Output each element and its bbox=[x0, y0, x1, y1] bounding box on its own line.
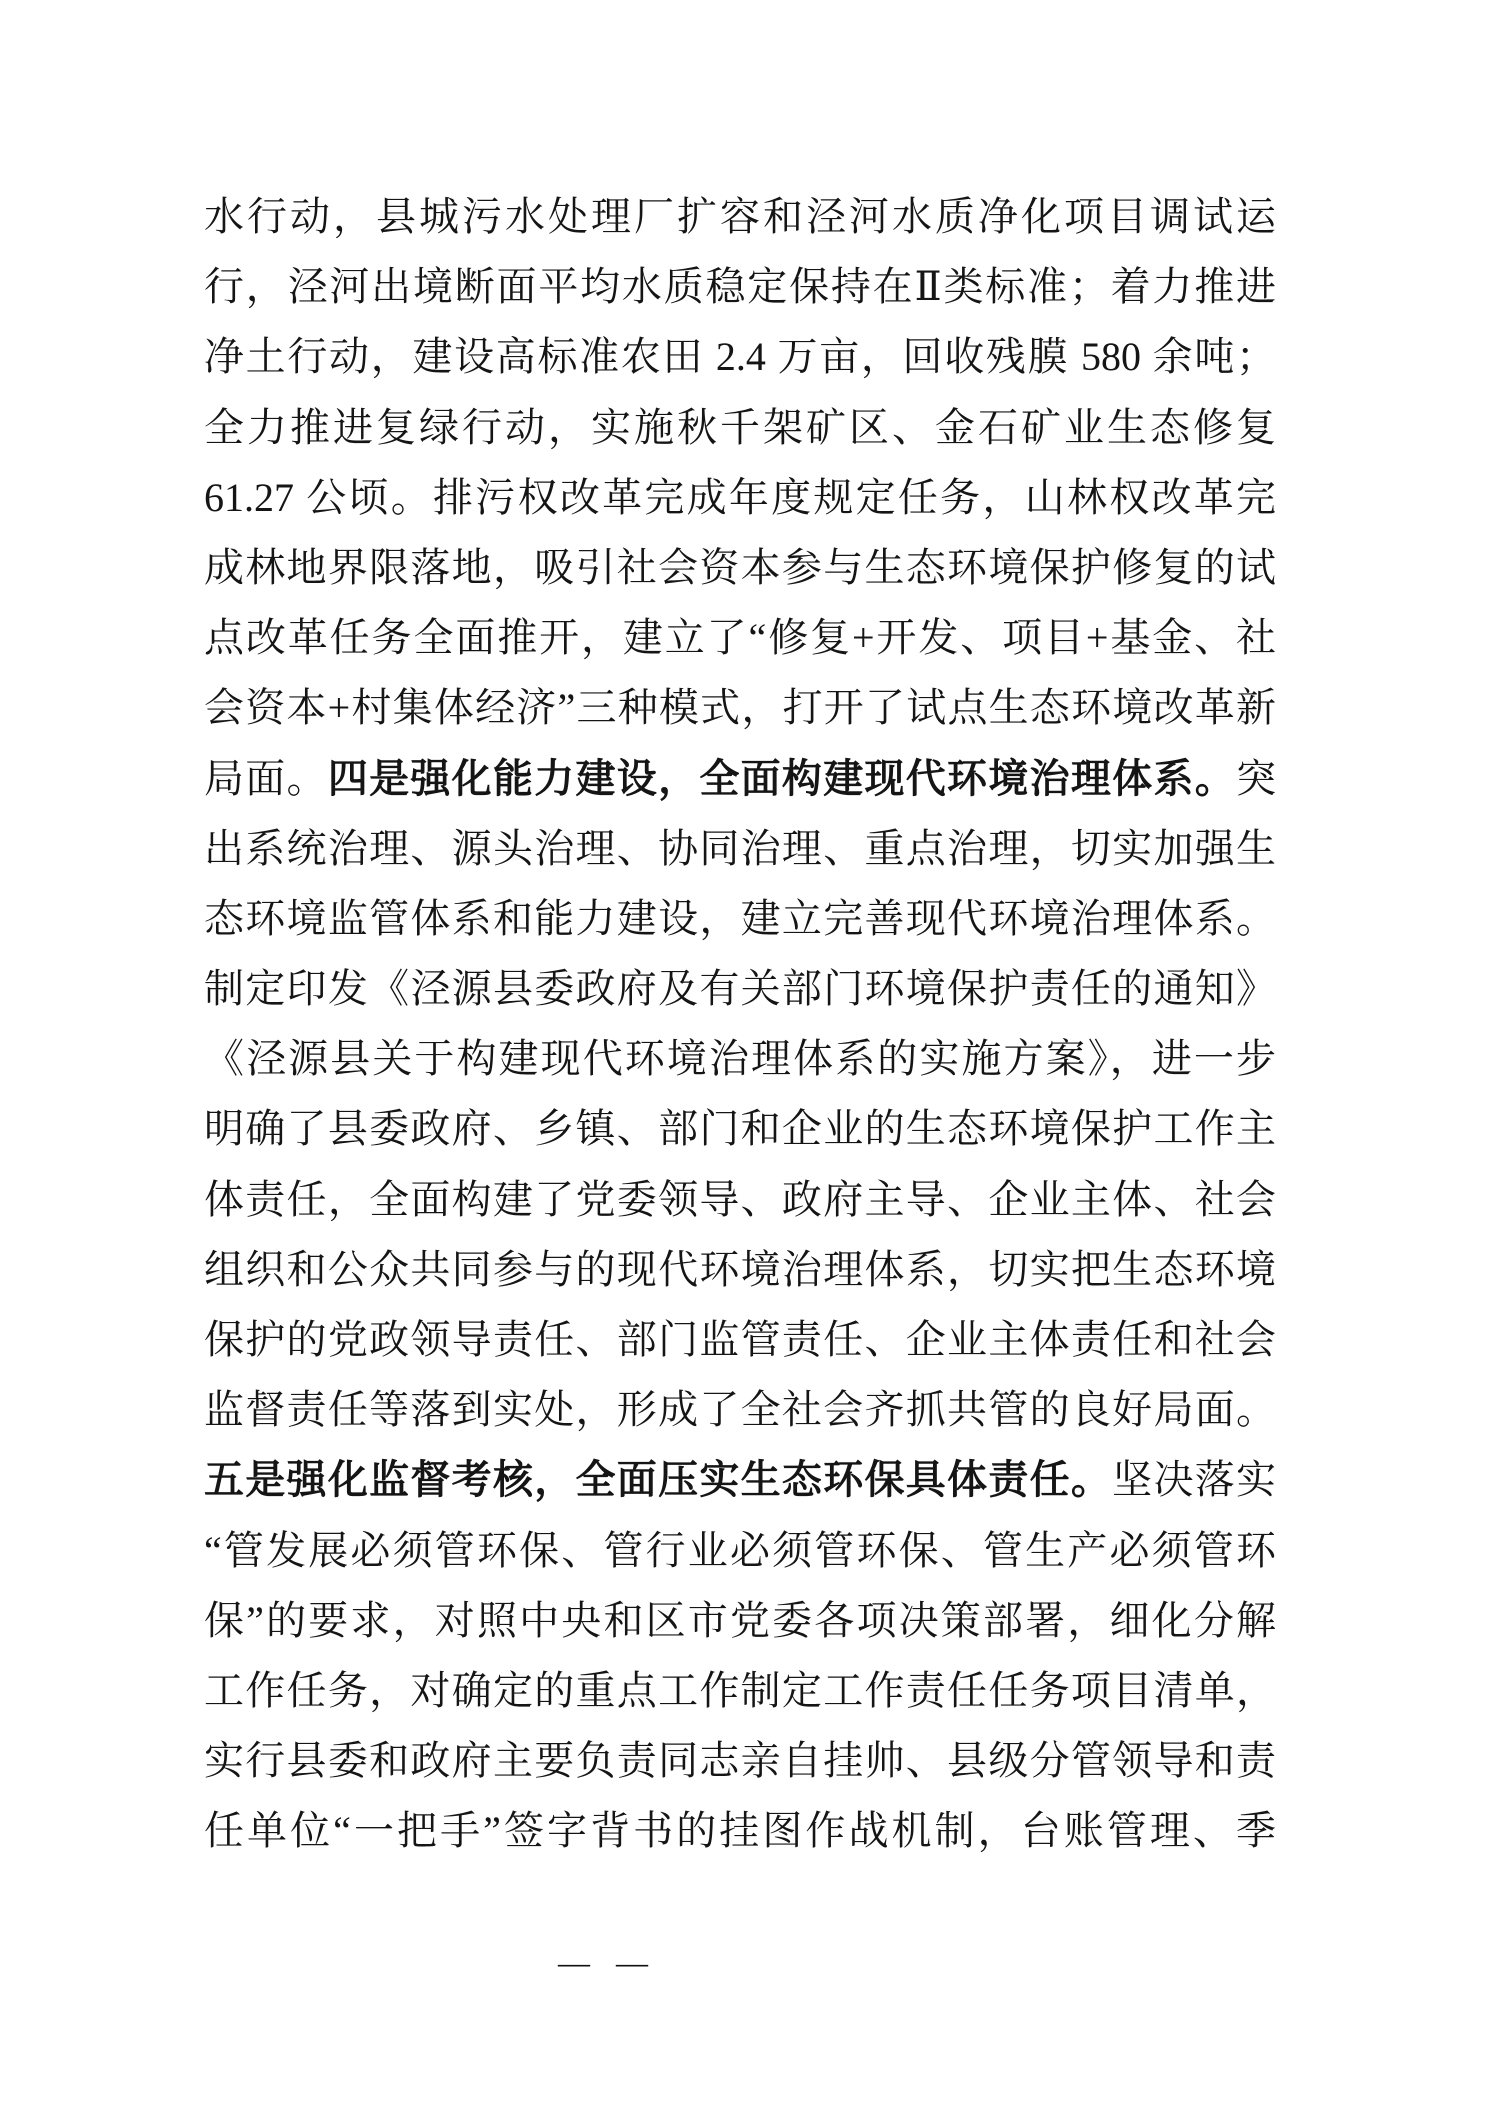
text-line: 水行动，县城污水处理厂扩容和泾河水质净化项目调试运 bbox=[204, 182, 1276, 252]
page-number-marker: — — bbox=[558, 1944, 657, 1981]
document-page: 水行动，县城污水处理厂扩容和泾河水质净化项目调试运行，泾河出境断面平均水质稳定保… bbox=[0, 0, 1486, 2103]
text-line: 净土行动，建设高标准农田 2.4 万亩，回收残膜 580 余吨； bbox=[204, 322, 1276, 392]
text-segment: 净土行动，建设高标准农田 2.4 万亩，回收残膜 580 余吨； bbox=[204, 334, 1276, 379]
text-line: 局面。四是强化能力建设，全面构建现代环境治理体系。突 bbox=[204, 744, 1276, 814]
text-segment: 任单位“一把手”签字背书的挂图作战机制，台账管理、季 bbox=[204, 1808, 1276, 1853]
text-line: 工作任务，对确定的重点工作制定工作责任任务项目清单， bbox=[204, 1656, 1276, 1726]
text-line: 《泾源县关于构建现代环境治理体系的实施方案》，进一步 bbox=[204, 1024, 1276, 1094]
text-segment: 水行动，县城污水处理厂扩容和泾河水质净化项目调试运 bbox=[204, 194, 1276, 239]
document-body: 水行动，县城污水处理厂扩容和泾河水质净化项目调试运行，泾河出境断面平均水质稳定保… bbox=[204, 182, 1276, 1867]
text-segment: “管发展必须管环保、管行业必须管环保、管生产必须管环 bbox=[204, 1528, 1276, 1573]
text-segment: 监督责任等落到实处，形成了全社会齐抓共管的良好局面。 bbox=[204, 1387, 1276, 1432]
text-segment: 全力推进复绿行动，实施秋千架矿区、金石矿业生态修复 bbox=[204, 405, 1276, 450]
text-line: 保”的要求，对照中央和区市党委各项决策部署，细化分解 bbox=[204, 1586, 1276, 1656]
text-segment: 保护的党政领导责任、部门监管责任、企业主体责任和社会 bbox=[204, 1317, 1276, 1362]
text-line: 监督责任等落到实处，形成了全社会齐抓共管的良好局面。 bbox=[204, 1375, 1276, 1445]
text-segment: 保”的要求，对照中央和区市党委各项决策部署，细化分解 bbox=[204, 1598, 1276, 1643]
text-segment: 态环境监管体系和能力建设，建立完善现代环境治理体系。 bbox=[204, 896, 1276, 941]
text-segment: 突 bbox=[1236, 756, 1276, 801]
text-line: 体责任，全面构建了党委领导、政府主导、企业主体、社会 bbox=[204, 1165, 1276, 1235]
text-segment: 会资本+村集体经济”三种模式，打开了试点生态环境改革新 bbox=[204, 685, 1276, 730]
text-line: 61.27 公顷。排污权改革完成年度规定任务，山林权改革完 bbox=[204, 463, 1276, 533]
text-segment: 制定印发《泾源县委政府及有关部门环境保护责任的通知》 bbox=[204, 966, 1276, 1011]
text-line: 态环境监管体系和能力建设，建立完善现代环境治理体系。 bbox=[204, 884, 1276, 954]
text-line: 组织和公众共同参与的现代环境治理体系，切实把生态环境 bbox=[204, 1235, 1276, 1305]
text-line: 五是强化监督考核，全面压实生态环保具体责任。坚决落实 bbox=[204, 1445, 1276, 1515]
text-segment: 局面。 bbox=[204, 756, 328, 801]
text-segment: 实行县委和政府主要负责同志亲自挂帅、县级分管领导和责 bbox=[204, 1738, 1276, 1783]
text-line: 保护的党政领导责任、部门监管责任、企业主体责任和社会 bbox=[204, 1305, 1276, 1375]
text-line: 点改革任务全面推开，建立了“修复+开发、项目+基金、社 bbox=[204, 603, 1276, 673]
text-line: 全力推进复绿行动，实施秋千架矿区、金石矿业生态修复 bbox=[204, 393, 1276, 463]
bold-text-segment: 五是强化监督考核，全面压实生态环保具体责任。 bbox=[204, 1457, 1112, 1502]
text-segment: 体责任，全面构建了党委领导、政府主导、企业主体、社会 bbox=[204, 1177, 1276, 1222]
text-segment: 61.27 公顷。排污权改革完成年度规定任务，山林权改革完 bbox=[204, 475, 1276, 520]
text-segment: 出系统治理、源头治理、协同治理、重点治理，切实加强生 bbox=[204, 826, 1276, 871]
bold-text-segment: 四是强化能力建设，全面构建现代环境治理体系。 bbox=[328, 756, 1236, 801]
text-segment: 坚决落实 bbox=[1112, 1457, 1276, 1502]
text-line: 行，泾河出境断面平均水质稳定保持在Ⅱ类标准；着力推进 bbox=[204, 252, 1276, 322]
text-line: 明确了县委政府、乡镇、部门和企业的生态环境保护工作主 bbox=[204, 1094, 1276, 1164]
text-line: 成林地界限落地，吸引社会资本参与生态环境保护修复的试 bbox=[204, 533, 1276, 603]
text-segment: 行，泾河出境断面平均水质稳定保持在Ⅱ类标准；着力推进 bbox=[204, 264, 1276, 309]
text-segment: 工作任务，对确定的重点工作制定工作责任任务项目清单， bbox=[204, 1668, 1276, 1713]
text-line: 出系统治理、源头治理、协同治理、重点治理，切实加强生 bbox=[204, 814, 1276, 884]
text-segment: 组织和公众共同参与的现代环境治理体系，切实把生态环境 bbox=[204, 1247, 1276, 1292]
text-segment: 《泾源县关于构建现代环境治理体系的实施方案》，进一步 bbox=[204, 1036, 1276, 1081]
text-line: 任单位“一把手”签字背书的挂图作战机制，台账管理、季 bbox=[204, 1796, 1276, 1866]
text-line: “管发展必须管环保、管行业必须管环保、管生产必须管环 bbox=[204, 1516, 1276, 1586]
text-line: 会资本+村集体经济”三种模式，打开了试点生态环境改革新 bbox=[204, 673, 1276, 743]
text-line: 制定印发《泾源县委政府及有关部门环境保护责任的通知》 bbox=[204, 954, 1276, 1024]
text-line: 实行县委和政府主要负责同志亲自挂帅、县级分管领导和责 bbox=[204, 1726, 1276, 1796]
text-segment: 成林地界限落地，吸引社会资本参与生态环境保护修复的试 bbox=[204, 545, 1276, 590]
text-segment: 点改革任务全面推开，建立了“修复+开发、项目+基金、社 bbox=[204, 615, 1276, 660]
text-segment: 明确了县委政府、乡镇、部门和企业的生态环境保护工作主 bbox=[204, 1106, 1276, 1151]
